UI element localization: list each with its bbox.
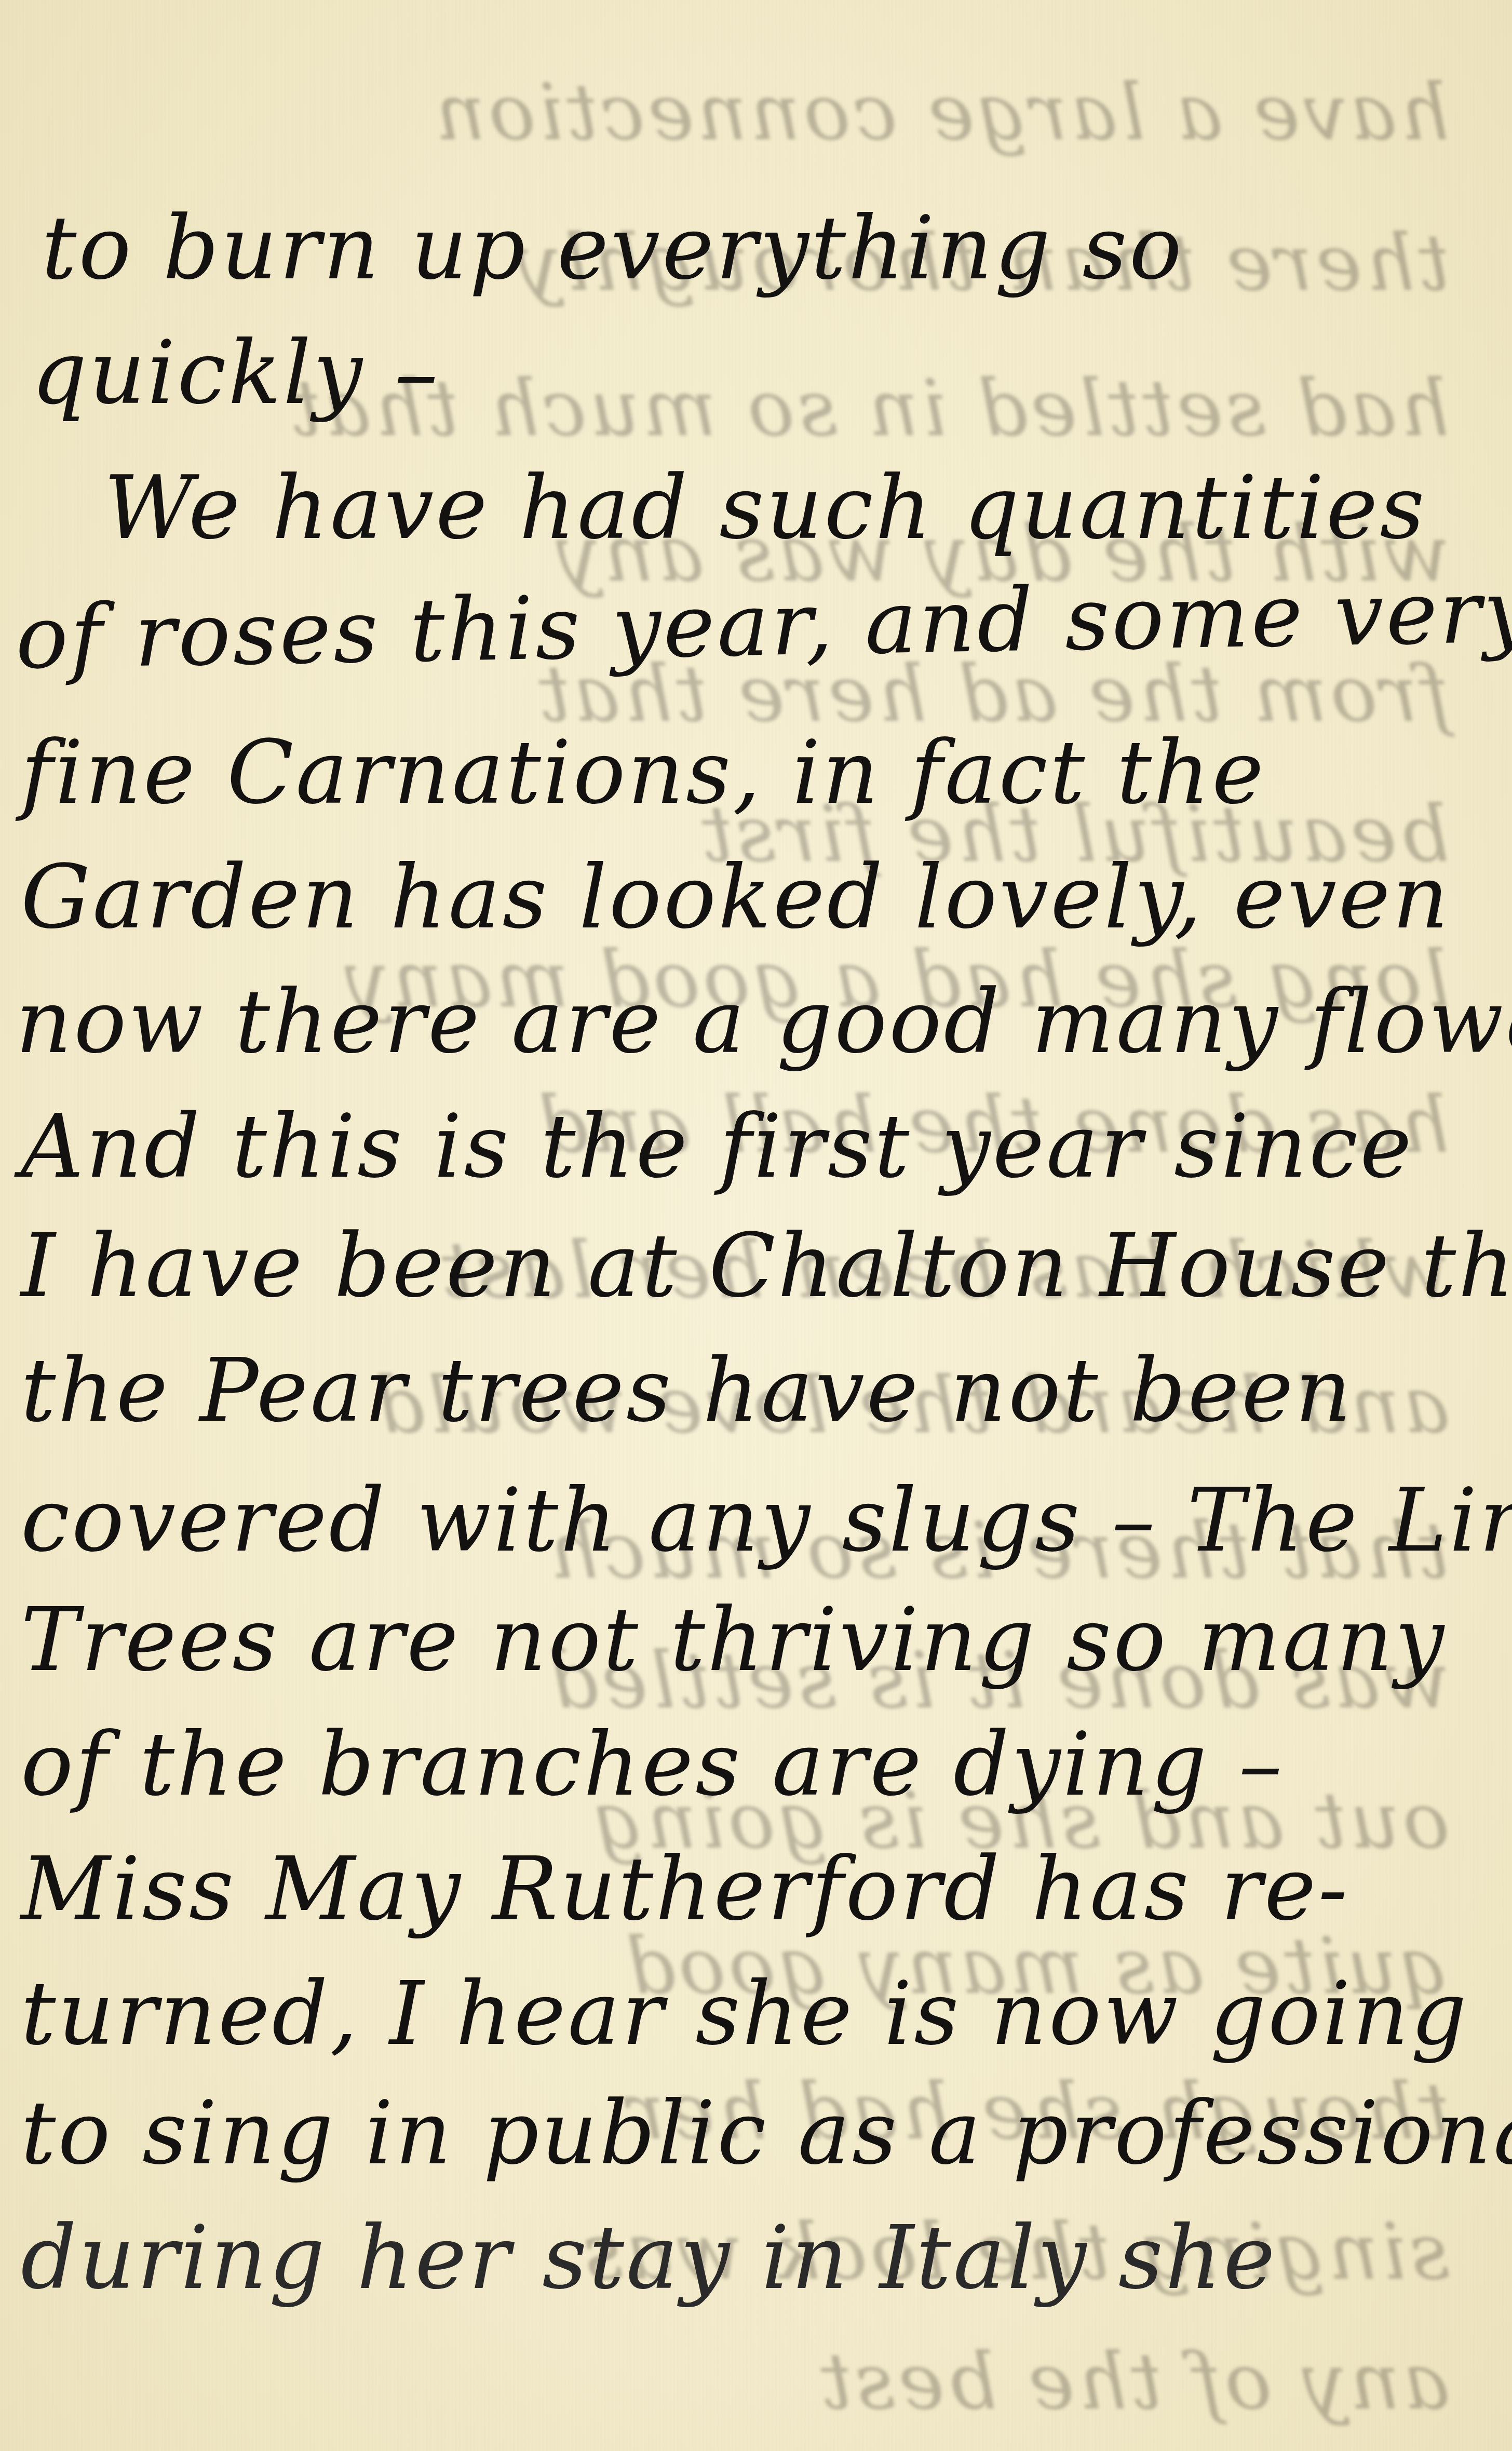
letter-line: of roses this year, and some very [15,560,1512,689]
letter-line: We have had such quantities [104,457,1427,559]
letter-line: now there are a good many flowers, [16,971,1512,1073]
letter-line: fine Carnations, in fact the [21,722,1266,824]
letter-line: of the branches are dying – [21,1714,1284,1815]
letter-line: covered with any slugs – The Lime [21,1470,1512,1571]
letter-line: to burn up everything so [42,197,1184,299]
letter-line: during her stay in Italy she [21,2207,1277,2309]
letter-line: turned, I hear she is now going [21,1963,1469,2065]
letter-line: And this is the first year since [21,1096,1414,1197]
letter-page: have a large connection there than thoro… [0,0,1512,2451]
letter-line: to sing in public as a professional, [21,2082,1512,2184]
letter-line: Miss May Rutherford has re- [21,1838,1349,1940]
letter-line: Trees are not thriving so many [21,1589,1446,1691]
letter-line: I have been at Chalton House that [21,1215,1512,1317]
letter-line: the Pear trees have not been [21,1340,1354,1442]
letter-line: Garden has looked lovely, even [21,846,1451,948]
letter-line: quickly – [31,322,440,424]
letter-text: to burn up everything so quickly – We ha… [0,0,1512,2451]
